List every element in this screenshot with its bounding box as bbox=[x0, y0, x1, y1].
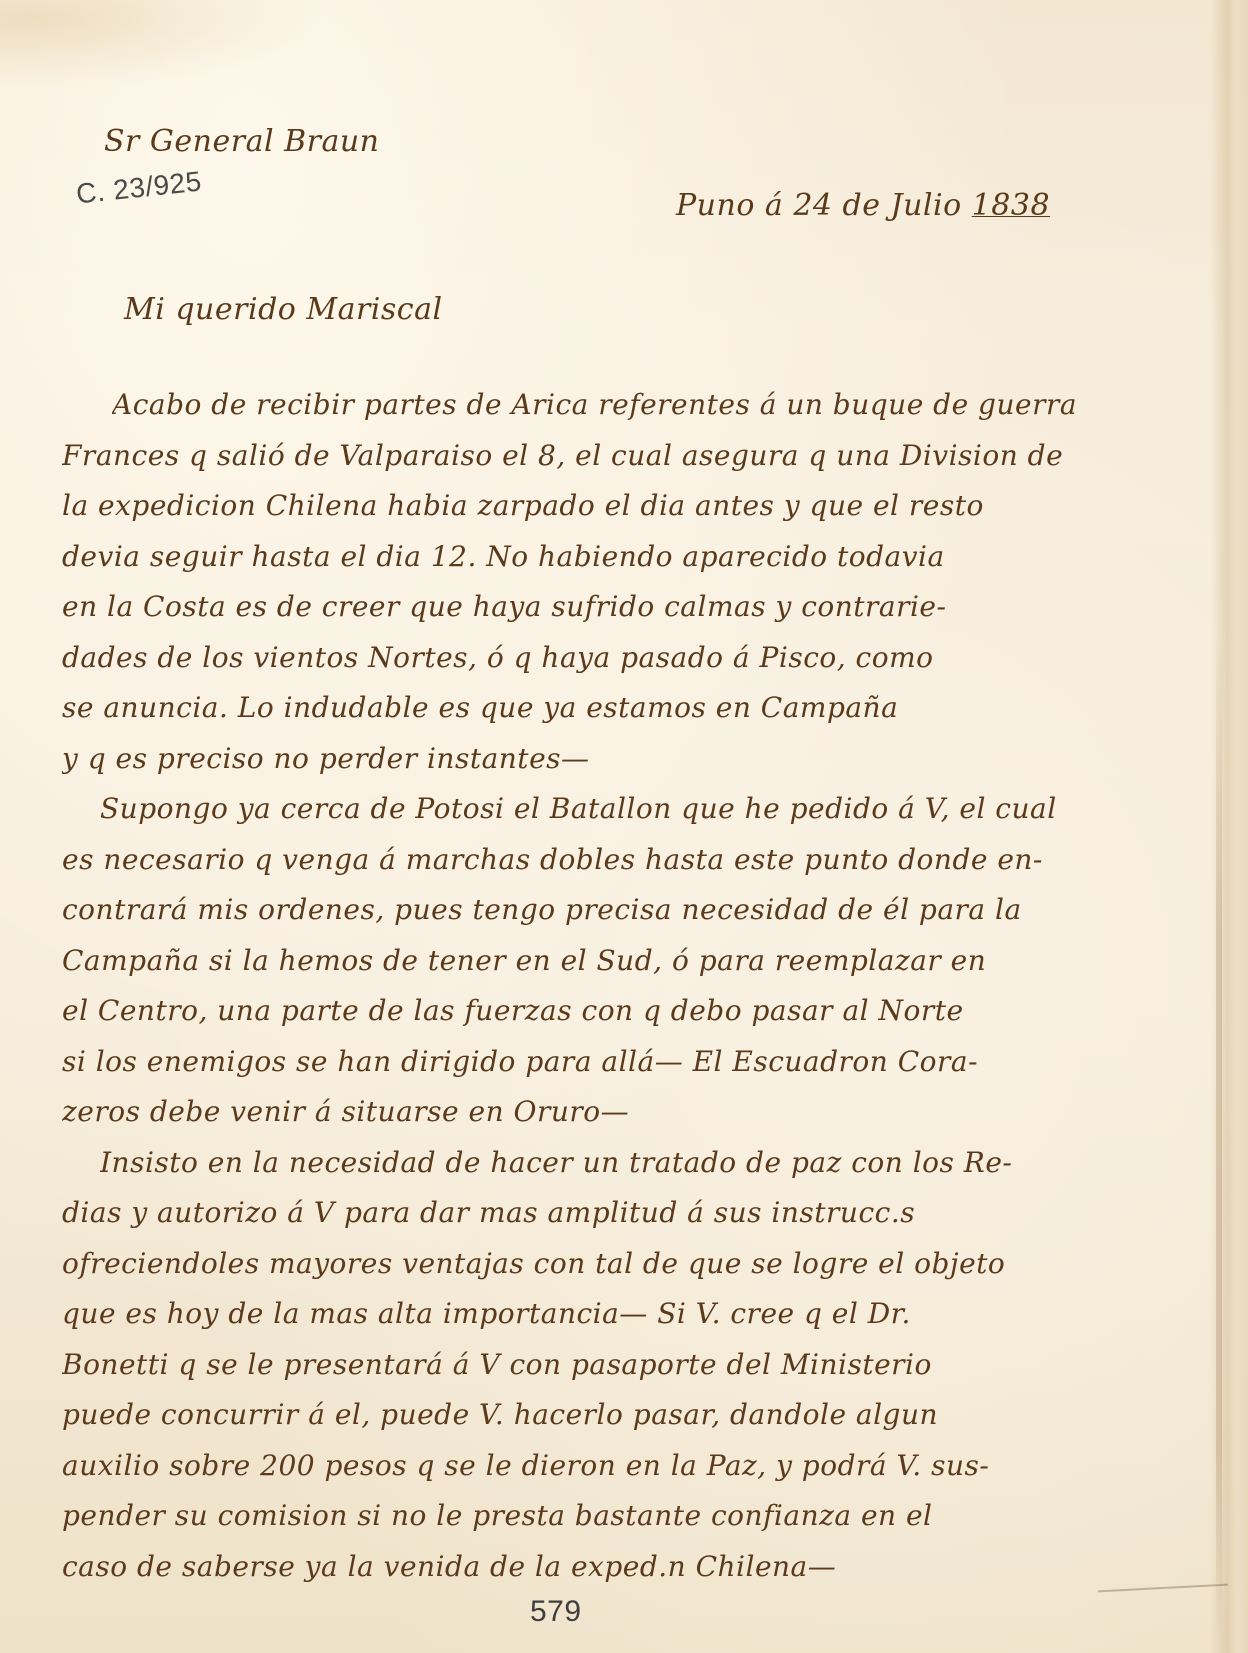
addressee-line: Sr General Braun bbox=[104, 124, 380, 159]
date-place-day: Puno á 24 de Julio bbox=[676, 188, 962, 223]
body-line: la expedicion Chilena habia zarpado el d… bbox=[62, 489, 1182, 522]
archive-reference: C. 23/925 bbox=[75, 166, 204, 211]
body-line: el Centro, una parte de las fuerzas con … bbox=[62, 994, 1182, 1027]
paper-stain bbox=[0, 0, 320, 90]
body-line: auxilio sobre 200 pesos q se le dieron e… bbox=[62, 1449, 1182, 1482]
page-fold-shadow bbox=[1216, 640, 1222, 1640]
body-line: contrará mis ordenes, pues tengo precisa… bbox=[62, 893, 1182, 926]
date-line: Puno á 24 de Julio 1838 bbox=[676, 188, 1050, 223]
body-line: es necesario q venga á marchas dobles ha… bbox=[62, 843, 1182, 876]
body-line: caso de saberse ya la venida de la exped… bbox=[62, 1550, 1182, 1583]
body-line: Campaña si la hemos de tener en el Sud, … bbox=[62, 944, 1182, 977]
body-line: devia seguir hasta el dia 12. No habiend… bbox=[62, 540, 1182, 573]
body-line: si los enemigos se han dirigido para all… bbox=[62, 1045, 1182, 1078]
body-line: Bonetti q se le presentará á V con pasap… bbox=[62, 1348, 1182, 1381]
body-line: ofreciendoles mayores ventajas con tal d… bbox=[62, 1247, 1182, 1280]
letter-page: Sr General Braun C. 23/925 Puno á 24 de … bbox=[0, 0, 1248, 1653]
body-line: pender su comision si no le presta basta… bbox=[62, 1499, 1182, 1532]
body-line: Supongo ya cerca de Potosi el Batallon q… bbox=[100, 792, 1220, 825]
body-line: dias y autorizo á V para dar mas amplitu… bbox=[62, 1196, 1182, 1229]
body-line: puede concurrir á el, puede V. hacerlo p… bbox=[62, 1398, 1182, 1431]
body-line: en la Costa es de creer que haya sufrido… bbox=[62, 590, 1182, 623]
body-line: y q es preciso no perder instantes— bbox=[62, 742, 1182, 775]
date-year: 1838 bbox=[972, 188, 1050, 223]
body-line: que es hoy de la mas alta importancia— S… bbox=[62, 1297, 1182, 1330]
greeting: Mi querido Mariscal bbox=[124, 292, 443, 327]
folio-number: 579 bbox=[530, 1595, 582, 1629]
body-line: Frances q salió de Valparaiso el 8, el c… bbox=[62, 439, 1182, 472]
body-line: dades de los vientos Nortes, ó q haya pa… bbox=[62, 641, 1182, 674]
body-line: Acabo de recibir partes de Arica referen… bbox=[112, 388, 1232, 421]
body-line: zeros debe venir á situarse en Oruro— bbox=[62, 1095, 1182, 1128]
pencil-rule bbox=[1098, 1584, 1228, 1593]
body-line: Insisto en la necesidad de hacer un trat… bbox=[100, 1146, 1220, 1179]
body-line: se anuncia. Lo indudable es que ya estam… bbox=[62, 691, 1182, 724]
